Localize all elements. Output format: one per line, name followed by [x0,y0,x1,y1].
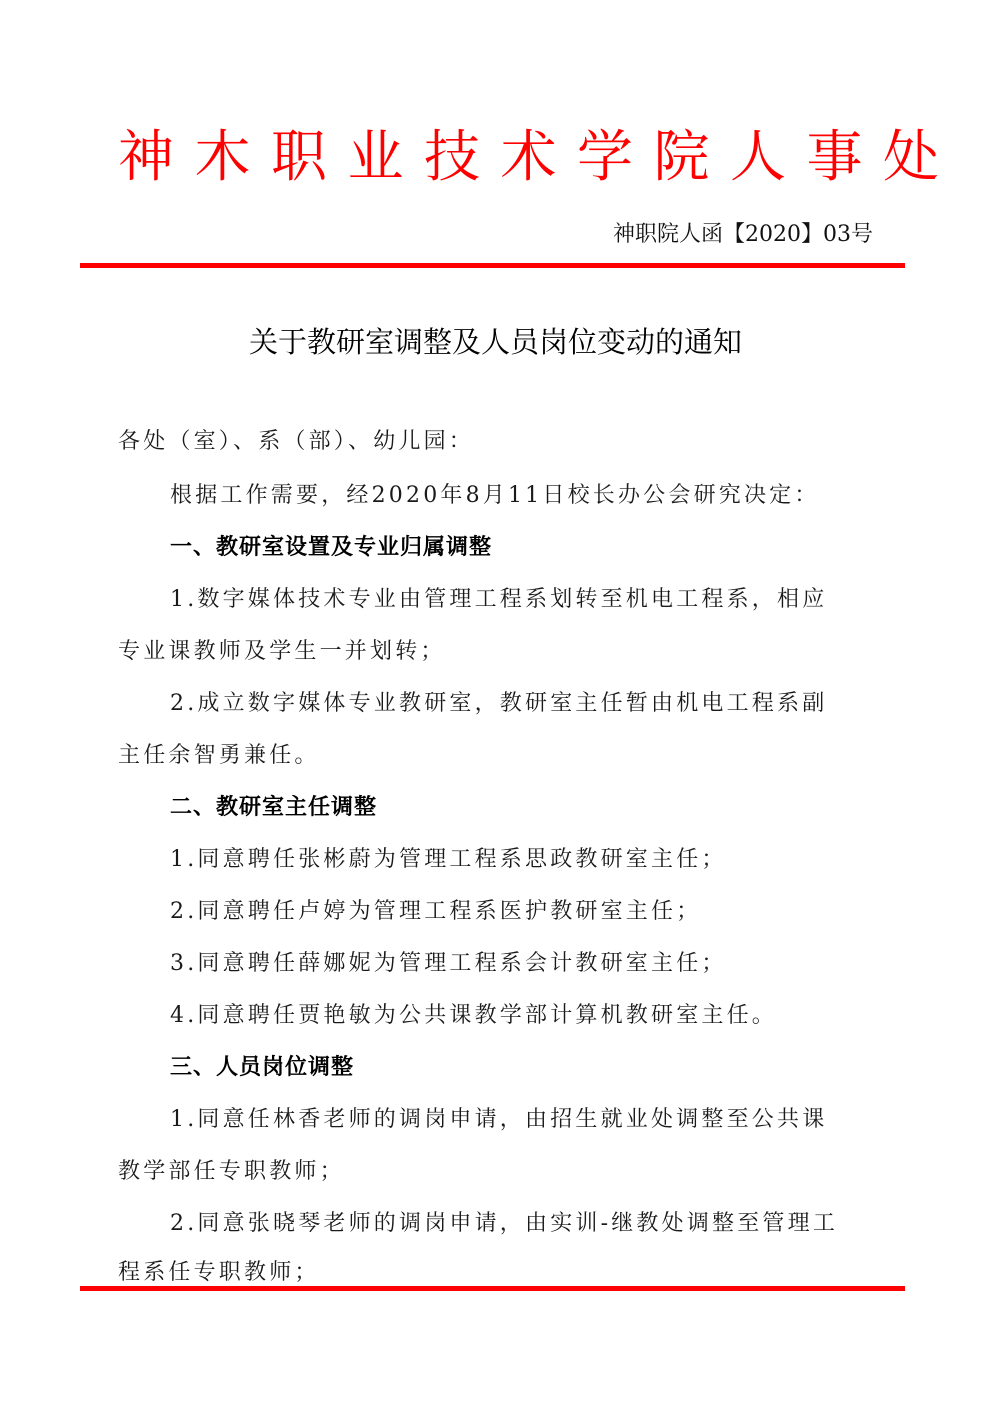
section-1-line: 主任余智勇兼任。 [118,741,320,771]
section-2-line: 1.同意聘任张彬蔚为管理工程系思政教研室主任； [170,845,727,875]
salutation: 各处（室）、系（部）、幼儿园： [118,427,474,457]
footer-divider [80,1286,905,1291]
section-1-line: 1.数字媒体技术专业由管理工程系划转至机电工程系，相应 [170,585,827,615]
issuing-office-title: 神木职业技术学院人事处 [118,118,960,198]
notice-title: 关于教研室调整及人员岗位变动的通知 [0,322,991,362]
section-heading-3: 三、人员岗位调整 [170,1053,354,1083]
section-3-line: 1.同意任林香老师的调岗申请，由招生就业处调整至公共课 [170,1105,827,1135]
header-divider [80,263,905,268]
section-heading-2: 二、教研室主任调整 [170,793,377,823]
section-3-line: 程系任专职教师； [118,1261,320,1285]
section-1-line: 专业课教师及学生一并划转； [118,637,446,667]
section-1-line: 2.成立数字媒体专业教研室，教研室主任暂由机电工程系副 [170,689,827,719]
section-heading-1: 一、教研室设置及专业归属调整 [170,533,492,563]
section-2-line: 2.同意聘任卢婷为管理工程系医护教研室主任； [170,897,701,927]
document-number: 神职院人函【2020】03号 [613,220,873,250]
section-2-line: 3.同意聘任薛娜妮为管理工程系会计教研室主任； [170,949,727,979]
section-3-line: 教学部任专职教师； [118,1157,345,1187]
section-3-line: 2.同意张晓琴老师的调岗申请，由实训-继教处调整至管理工 [170,1209,838,1239]
intro-paragraph: 根据工作需要，经2020年8月11日校长办公会研究决定： [170,481,820,511]
section-2-line: 4.同意聘任贾艳敏为公共课教学部计算机教研室主任。 [170,1001,777,1031]
